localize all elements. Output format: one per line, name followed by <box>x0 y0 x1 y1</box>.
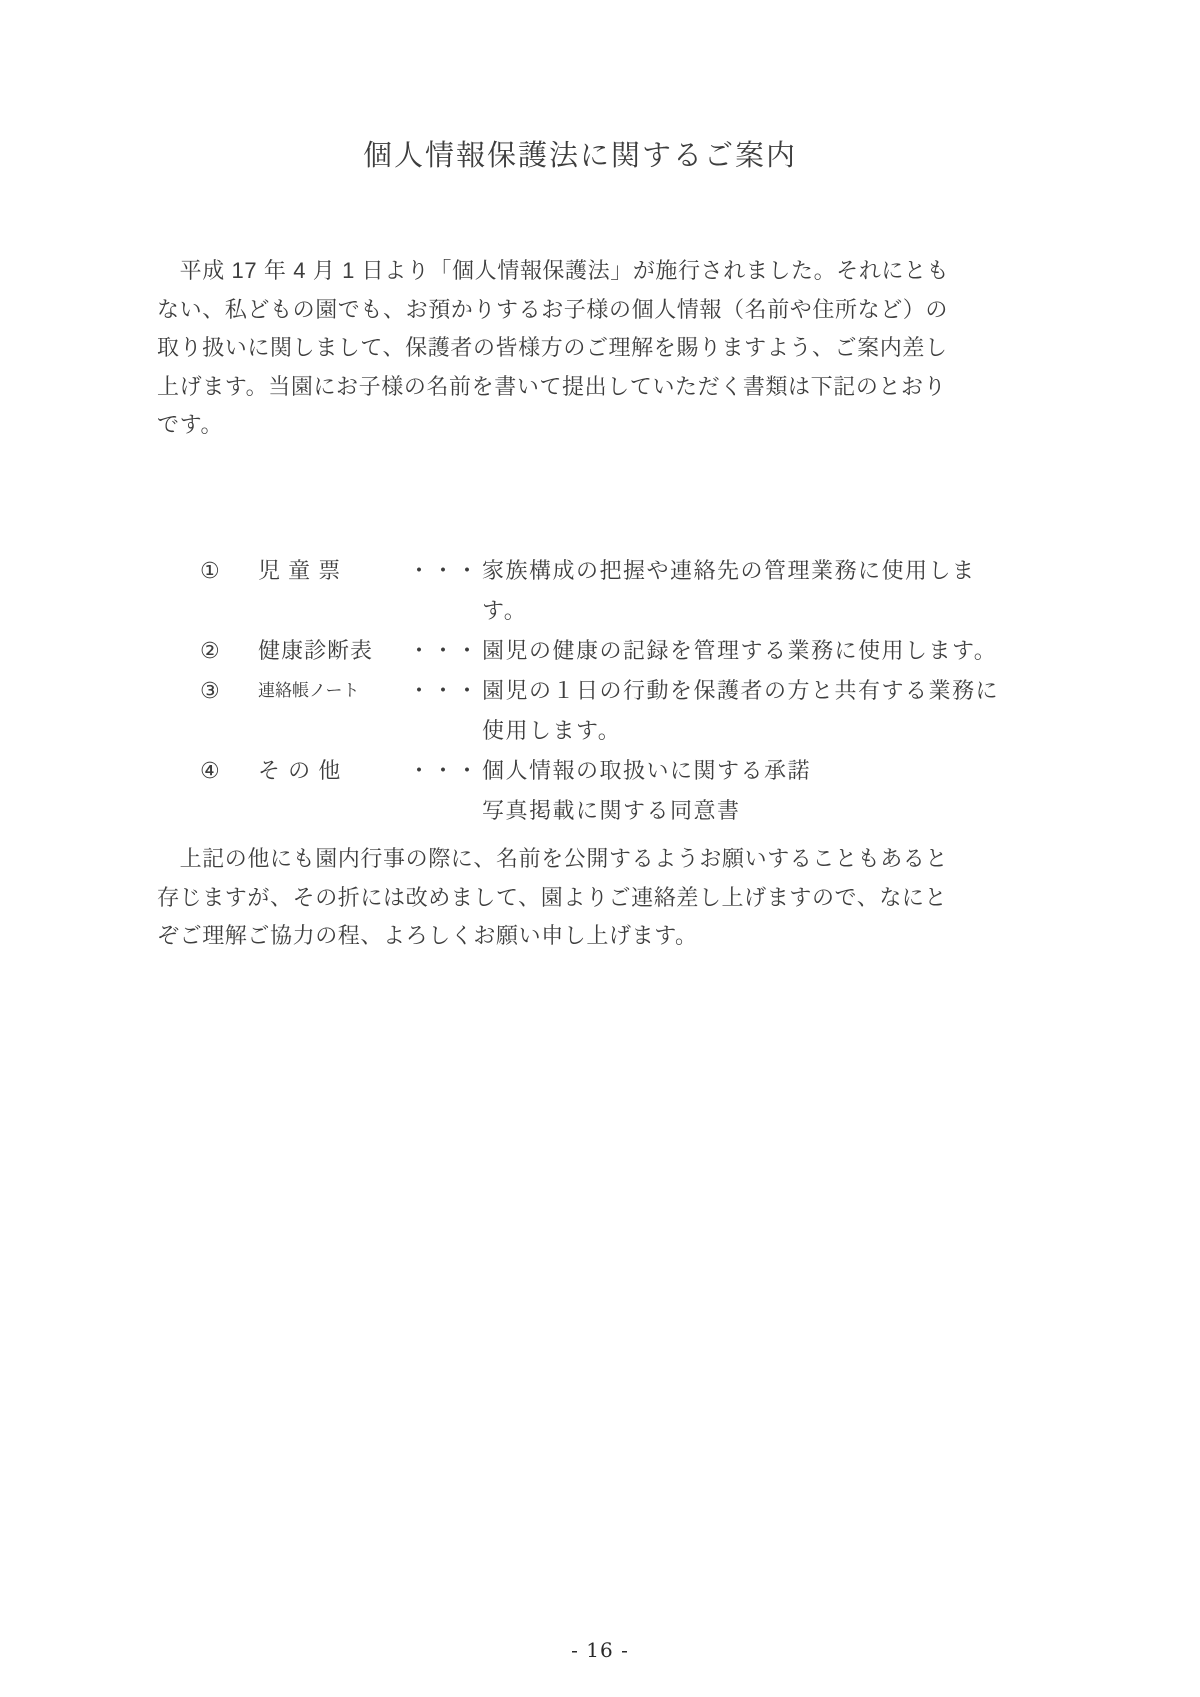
document-type-list: ① 児 童 票 ・・・ 家族構成の把握や連絡先の管理業務に使用します。 ② 健康… <box>200 551 1010 831</box>
item-description: 園児の１日の行動を保護者の方と共有する業務に 使用します。 <box>482 671 1010 751</box>
closing-paragraph: 上記の他にも園内行事の際に、名前を公開するようお願いすることもあると 存じますが… <box>157 840 1027 956</box>
intro-paragraph: 平成 17 年 4 月 1 日より「個人情報保護法」が施行されました。それにとも… <box>157 252 1027 445</box>
item-label: 連絡帳ノート <box>258 671 408 711</box>
list-item: ① 児 童 票 ・・・ 家族構成の把握や連絡先の管理業務に使用します。 <box>200 551 1010 631</box>
item-separator-dots: ・・・ <box>408 671 482 711</box>
item-label: 児 童 票 <box>258 551 408 591</box>
item-description: 園児の健康の記録を管理する業務に使用します。 <box>482 631 1010 671</box>
item-separator-dots: ・・・ <box>408 551 482 591</box>
page-number: - 16 - <box>0 1638 1200 1662</box>
item-separator-dots: ・・・ <box>408 631 482 671</box>
document-page: 個人情報保護法に関するご案内 平成 17 年 4 月 1 日より「個人情報保護法… <box>0 0 1200 1697</box>
item-label: そ の 他 <box>258 751 408 791</box>
item-number: ③ <box>200 671 258 711</box>
item-number: ④ <box>200 751 258 791</box>
item-description: 家族構成の把握や連絡先の管理業務に使用します。 <box>482 551 1010 631</box>
list-item: ③ 連絡帳ノート ・・・ 園児の１日の行動を保護者の方と共有する業務に 使用しま… <box>200 671 1010 751</box>
list-item: ② 健康診断表 ・・・ 園児の健康の記録を管理する業務に使用します。 <box>200 631 1010 671</box>
page-title: 個人情報保護法に関するご案内 <box>0 133 1160 174</box>
item-separator-dots: ・・・ <box>408 751 482 791</box>
item-number: ① <box>200 551 258 591</box>
item-number: ② <box>200 631 258 671</box>
item-label: 健康診断表 <box>258 631 408 671</box>
item-description: 個人情報の取扱いに関する承諾 写真掲載に関する同意書 <box>482 751 1010 831</box>
list-item: ④ そ の 他 ・・・ 個人情報の取扱いに関する承諾 写真掲載に関する同意書 <box>200 751 1010 831</box>
